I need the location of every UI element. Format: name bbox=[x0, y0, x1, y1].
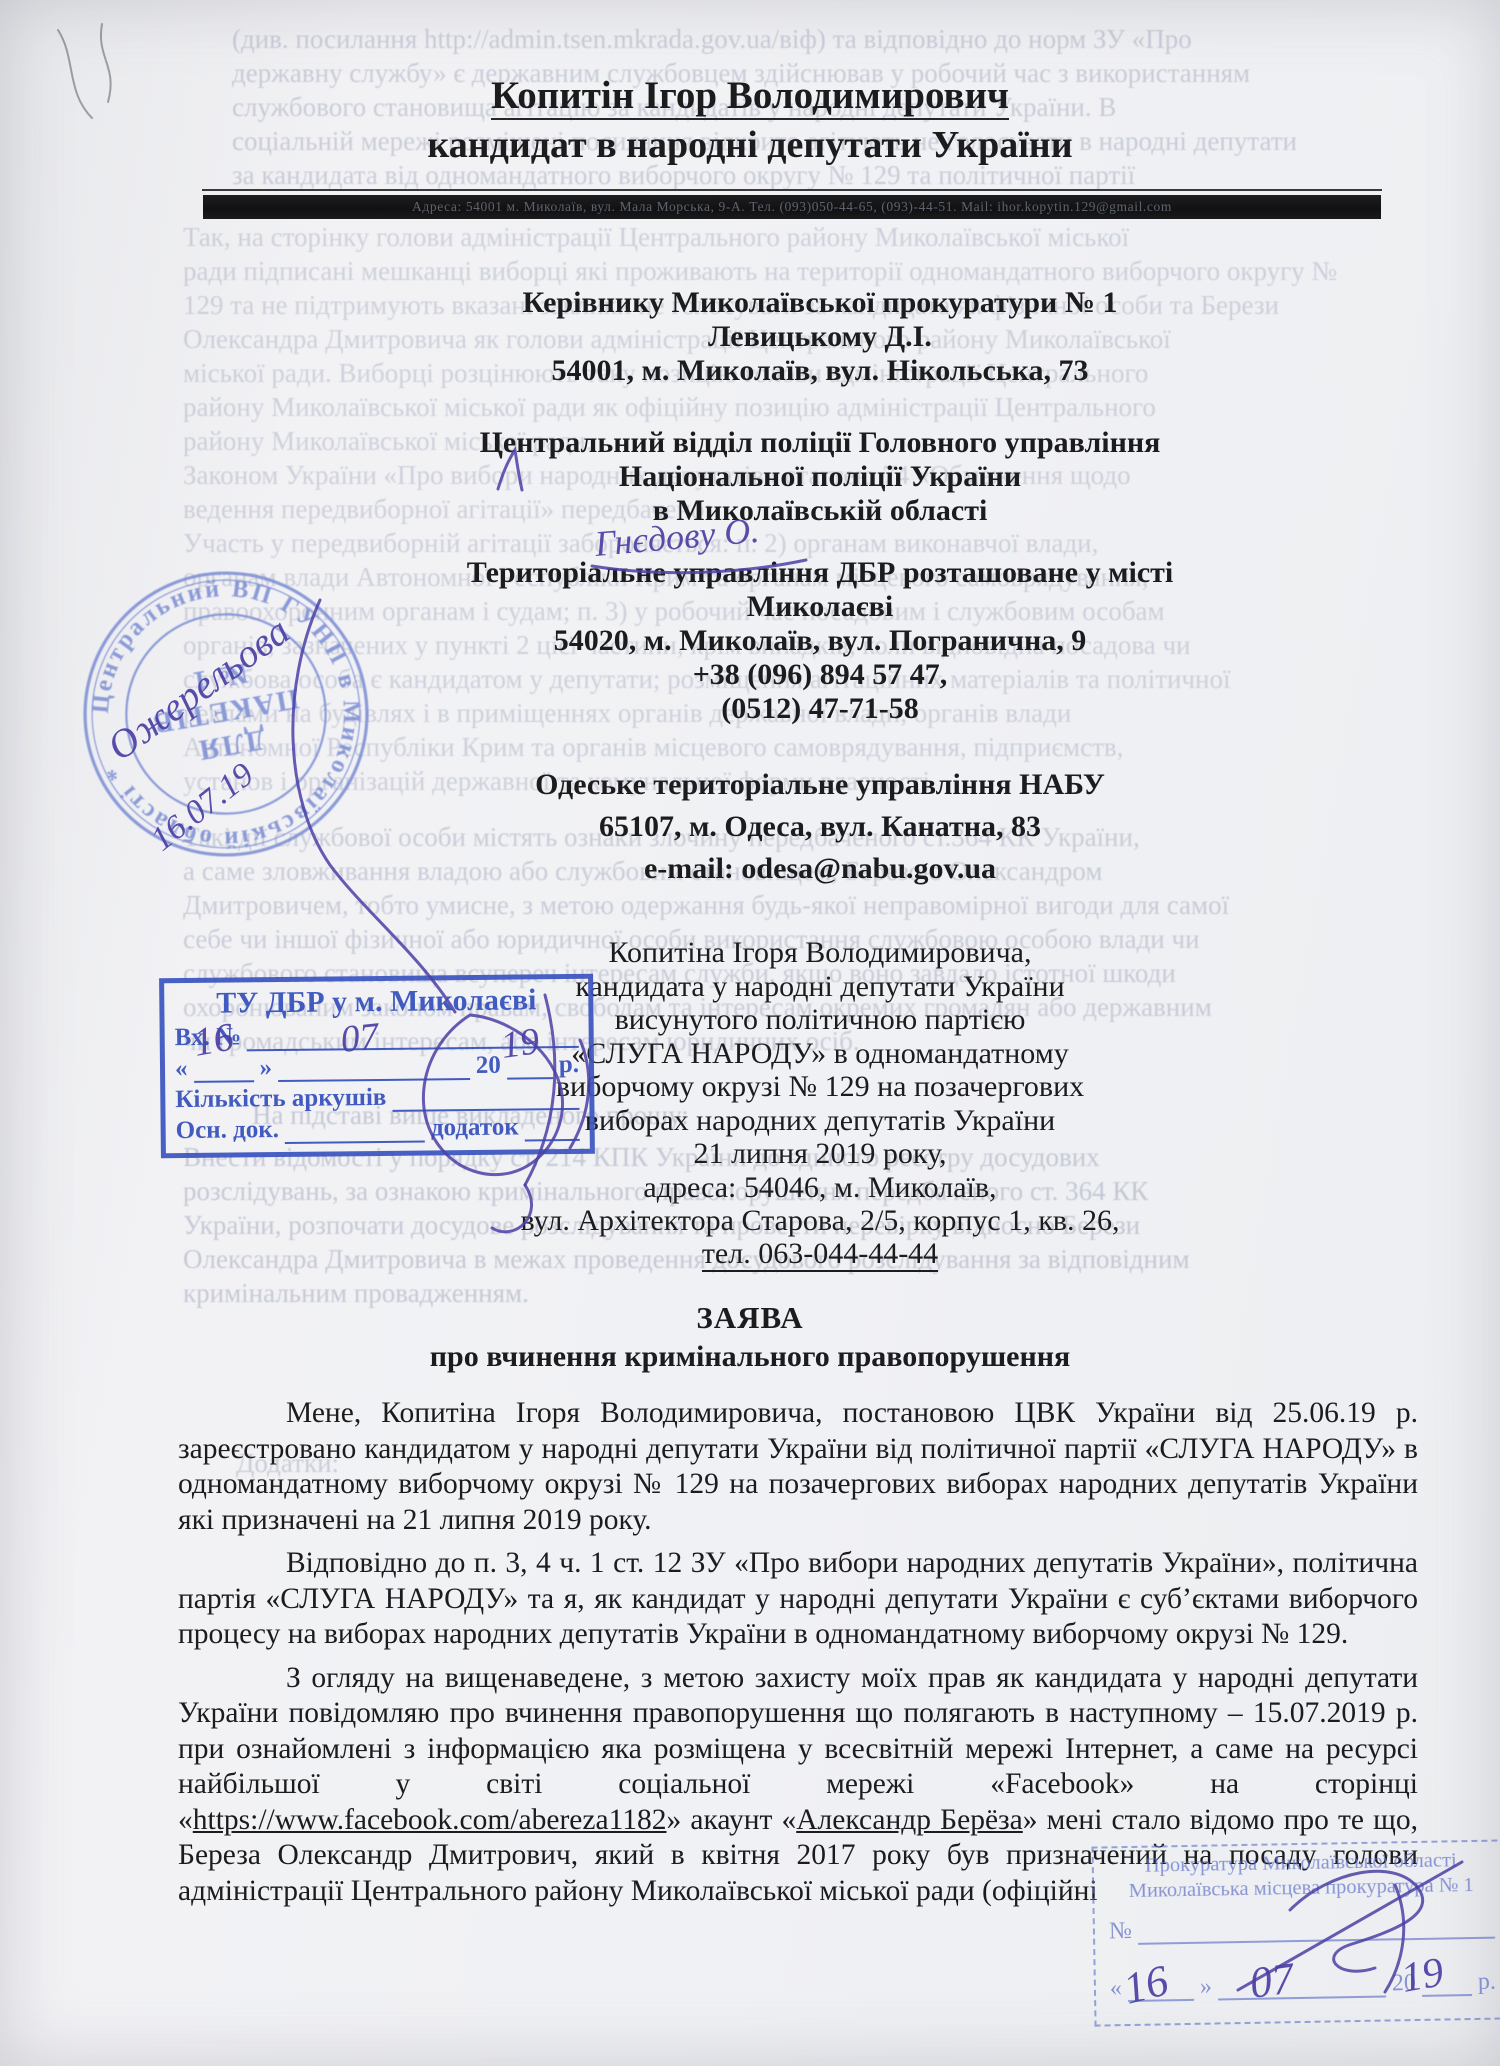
sender-name: Копитін Ігор Володимирович bbox=[20, 72, 1480, 120]
prosecutor-no-line bbox=[1138, 1915, 1495, 1945]
recipient-nabu: Одеське територіальне управління НАБУ651… bbox=[430, 764, 1210, 890]
dbr-stamp-title: ТУ ДБР у м. Миколаєві bbox=[174, 983, 578, 1021]
recipient-line: Центральний відділ поліції Головного упр… bbox=[430, 426, 1210, 460]
statement-title: ЗАЯВА bbox=[20, 1300, 1480, 1336]
bleedthrough-line: району Миколаївської міської ради як офі… bbox=[183, 390, 1445, 424]
dbr-in-number-label: Вх. № bbox=[175, 1022, 242, 1052]
applicant-phone: тел. 063-044-44-44 bbox=[430, 1237, 1210, 1271]
header-divider bbox=[202, 189, 1382, 191]
round-stamp-inner-3: № 1 bbox=[189, 657, 251, 698]
recipient-line: +38 (096) 894 57 47, bbox=[430, 658, 1210, 692]
facebook-link: https://www.facebook.com/abereza1182 bbox=[193, 1804, 667, 1836]
recipient-line: в Миколаївській області bbox=[430, 494, 1210, 528]
recipient-line: e-mail: odesa@nabu.gov.ua bbox=[430, 848, 1210, 890]
bleedthrough-line: Участь у передвиборній агітації забороня… bbox=[183, 526, 1445, 560]
recipient-line: 54001, м. Миколаїв, вул. Нікольська, 73 bbox=[430, 354, 1210, 388]
dbr-in-number-line bbox=[247, 1022, 579, 1051]
prosecutor-entry-stamp: Прокуратура Миколаївської області Микола… bbox=[1091, 1839, 1500, 2026]
recipient-line: Миколаєві bbox=[430, 590, 1210, 624]
bleedthrough-line: Так, на сторінку голови адміністрації Це… bbox=[183, 220, 1445, 254]
recipient-dbr: Територіальне управління ДБР розташоване… bbox=[430, 556, 1210, 726]
body-paragraph-1: Мене, Копитіна Ігоря Володимировича, пос… bbox=[178, 1396, 1418, 1538]
recipient-line: Левицькому Д.І. bbox=[430, 320, 1210, 354]
prosecutor-day-line bbox=[1128, 1977, 1194, 2002]
body-paragraph-2: Відповідно до п. 3, 4 ч. 1 ст. 12 ЗУ «Пр… bbox=[178, 1546, 1418, 1653]
document-header: Копитін Ігор Володимирович кандидат в на… bbox=[20, 72, 1480, 170]
recipient-line: Керівнику Миколаївської прокуратури № 1 bbox=[430, 286, 1210, 320]
bleedthrough-line: (див. посилання http://admin.tsen.mkrada… bbox=[232, 22, 1472, 56]
round-police-stamp: Центральний ВП ГУНП в Миколаївській обла… bbox=[75, 563, 377, 865]
dbr-sheets-line bbox=[392, 1084, 579, 1112]
dbr-attachment-label: додаток bbox=[431, 1113, 519, 1143]
dbr-attachment-line bbox=[525, 1115, 580, 1142]
recipient-prosecutor: Керівнику Миколаївської прокуратури № 1Л… bbox=[430, 286, 1210, 388]
contact-band-text: Адреса: 54001 м. Миколаїв, вул. Мала Мор… bbox=[412, 199, 1172, 214]
statement-body: Мене, Копитіна Ігоря Володимировича, пос… bbox=[178, 1396, 1418, 1917]
contact-band: Адреса: 54001 м. Миколаїв, вул. Мала Мор… bbox=[203, 195, 1381, 219]
prosecutor-no-label: № bbox=[1109, 1918, 1132, 1945]
dbr-year-line bbox=[507, 1053, 553, 1079]
applicant-line: адреса: 54046, м. Миколаїв, bbox=[430, 1171, 1210, 1205]
applicant-line: вул. Архітектора Старова, 2/5, корпус 1,… bbox=[430, 1204, 1210, 1238]
recipient-line: 65107, м. Одеса, вул. Канатна, 83 bbox=[430, 806, 1210, 848]
sender-role: кандидат в народні депутати України bbox=[20, 120, 1480, 170]
recipient-line: 54020, м. Миколаїв, вул. Погранична, 9 bbox=[430, 624, 1210, 658]
dbr-entry-stamp: ТУ ДБР у м. Миколаєві Вх. № «» 20р. Кіль… bbox=[159, 974, 595, 1159]
dbr-maindoc-line bbox=[285, 1117, 425, 1144]
bleedthrough-line: Дмитровичем, тобто умисне, з метою одерж… bbox=[183, 888, 1445, 922]
statement-subtitle: про вчинення кримінального правопорушенн… bbox=[20, 1340, 1480, 1374]
account-name: Александр Берёза bbox=[796, 1804, 1023, 1836]
applicant-line: Копитіна Ігоря Володимировича, bbox=[430, 936, 1210, 970]
recipient-line: Одеське територіальне управління НАБУ bbox=[430, 764, 1210, 806]
dbr-maindoc-label: Осн. док. bbox=[176, 1115, 280, 1145]
recipient-police: Центральний відділ поліції Головного упр… bbox=[430, 426, 1210, 528]
recipient-line: (0512) 47-71-58 bbox=[430, 692, 1210, 726]
prosecutor-month-line bbox=[1218, 1974, 1386, 2001]
dbr-day-line bbox=[193, 1056, 253, 1083]
prosecutor-year-line bbox=[1422, 1972, 1472, 1997]
document-page: (див. посилання http://admin.tsen.mkrada… bbox=[0, 0, 1500, 2066]
bleedthrough-line: ради підписані мешканці виборці які прож… bbox=[183, 254, 1445, 288]
dbr-month-line bbox=[278, 1054, 470, 1082]
prosecutor-stamp-line2: Миколаївська місцева прокуратура № 1 bbox=[1108, 1873, 1494, 1905]
recipient-line: Національної поліції України bbox=[430, 460, 1210, 494]
recipient-line: Територіальне управління ДБР розташоване… bbox=[430, 556, 1210, 590]
dbr-sheets-label: Кількість аркушів bbox=[175, 1083, 386, 1114]
